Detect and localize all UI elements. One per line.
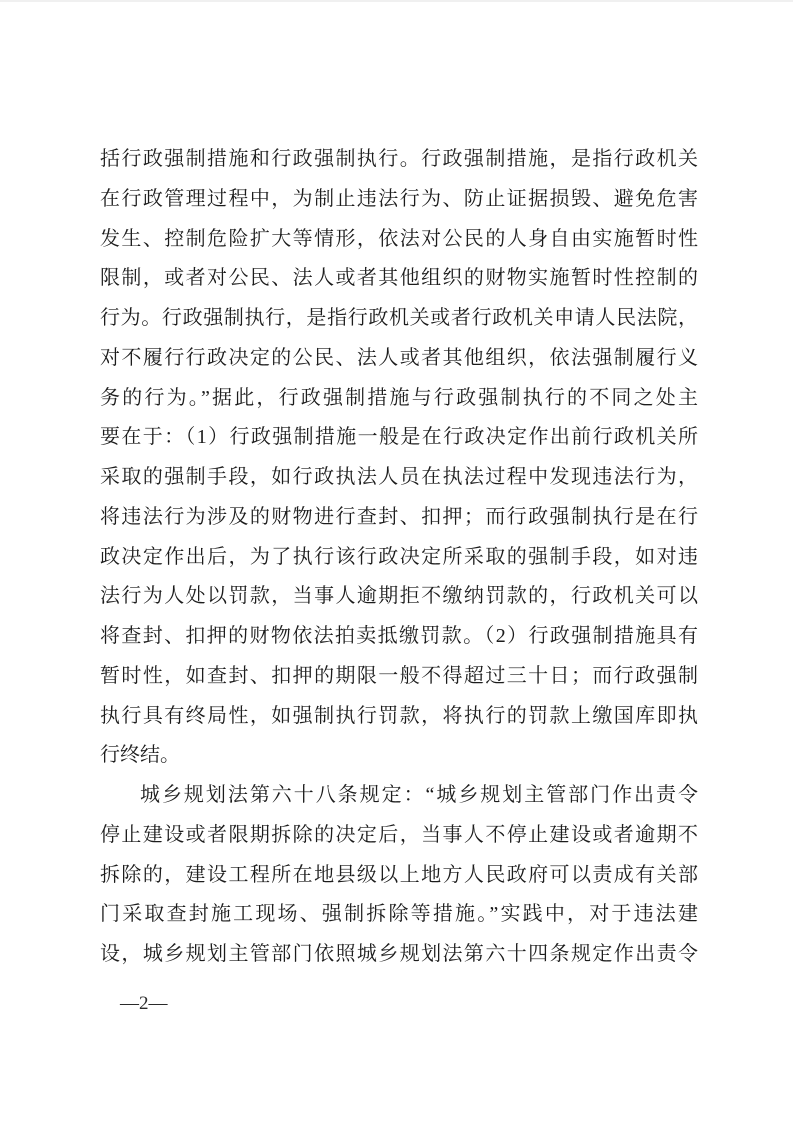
text-line: 拆除的，建设工程所在地县级以上地方人民政府可以责成有关部 xyxy=(100,856,698,896)
text-line: 暂时性，如查封、扣押的期限一般不得超过三十日；而行政强制 xyxy=(100,657,698,697)
text-line: 门采取查封施工现场、强制拆除等措施。”实践中，对于违法建 xyxy=(100,895,698,935)
text-line: 政决定作出后，为了执行该行政决定所采取的强制手段，如对违 xyxy=(100,538,698,578)
text-line: 括行政强制措施和行政强制执行。行政强制措施，是指行政机关 xyxy=(100,140,698,180)
scan-edge-artifact xyxy=(0,0,793,2)
text-line: 将查封、扣押的财物依法拍卖抵缴罚款。（2）行政强制措施具有 xyxy=(100,617,698,657)
text-line: 在行政管理过程中，为制止违法行为、防止证据损毁、避免危害 xyxy=(100,180,698,220)
text-line: 务的行为。”据此，行政强制措施与行政强制执行的不同之处主 xyxy=(100,379,698,419)
text-line: 对不履行行政决定的公民、法人或者其他组织，依法强制履行义 xyxy=(100,339,698,379)
page-number: —2— xyxy=(120,993,168,1015)
text-line: 停止建设或者限期拆除的决定后，当事人不停止建设或者逾期不 xyxy=(100,816,698,856)
text-line: 城乡规划法第六十八条规定：“城乡规划主管部门作出责令 xyxy=(100,776,698,816)
paragraph: 城乡规划法第六十八条规定：“城乡规划主管部门作出责令停止建设或者限期拆除的决定后… xyxy=(100,776,698,975)
document-text-block: 括行政强制措施和行政强制执行。行政强制措施，是指行政机关在行政管理过程中，为制止… xyxy=(100,140,698,975)
text-line: 设，城乡规划主管部门依照城乡规划法第六十四条规定作出责令 xyxy=(100,935,698,975)
text-line: 法行为人处以罚款，当事人逾期拒不缴纳罚款的，行政机关可以 xyxy=(100,577,698,617)
text-line: 将违法行为涉及的财物进行查封、扣押；而行政强制执行是在行 xyxy=(100,498,698,538)
text-line: 限制，或者对公民、法人或者其他组织的财物实施暂时性控制的 xyxy=(100,259,698,299)
text-line: 行为。行政强制执行，是指行政机关或者行政机关申请人民法院， xyxy=(100,299,698,339)
paragraph: 括行政强制措施和行政强制执行。行政强制措施，是指行政机关在行政管理过程中，为制止… xyxy=(100,140,698,776)
text-line: 发生、控制危险扩大等情形，依法对公民的人身自由实施暂时性 xyxy=(100,220,698,260)
text-line: 执行具有终局性，如强制执行罚款，将执行的罚款上缴国库即执 xyxy=(100,697,698,737)
text-line: 采取的强制手段，如行政执法人员在执法过程中发现违法行为， xyxy=(100,458,698,498)
text-line: 行终结。 xyxy=(100,736,698,776)
text-line: 要在于：（1）行政强制措施一般是在行政决定作出前行政机关所 xyxy=(100,418,698,458)
